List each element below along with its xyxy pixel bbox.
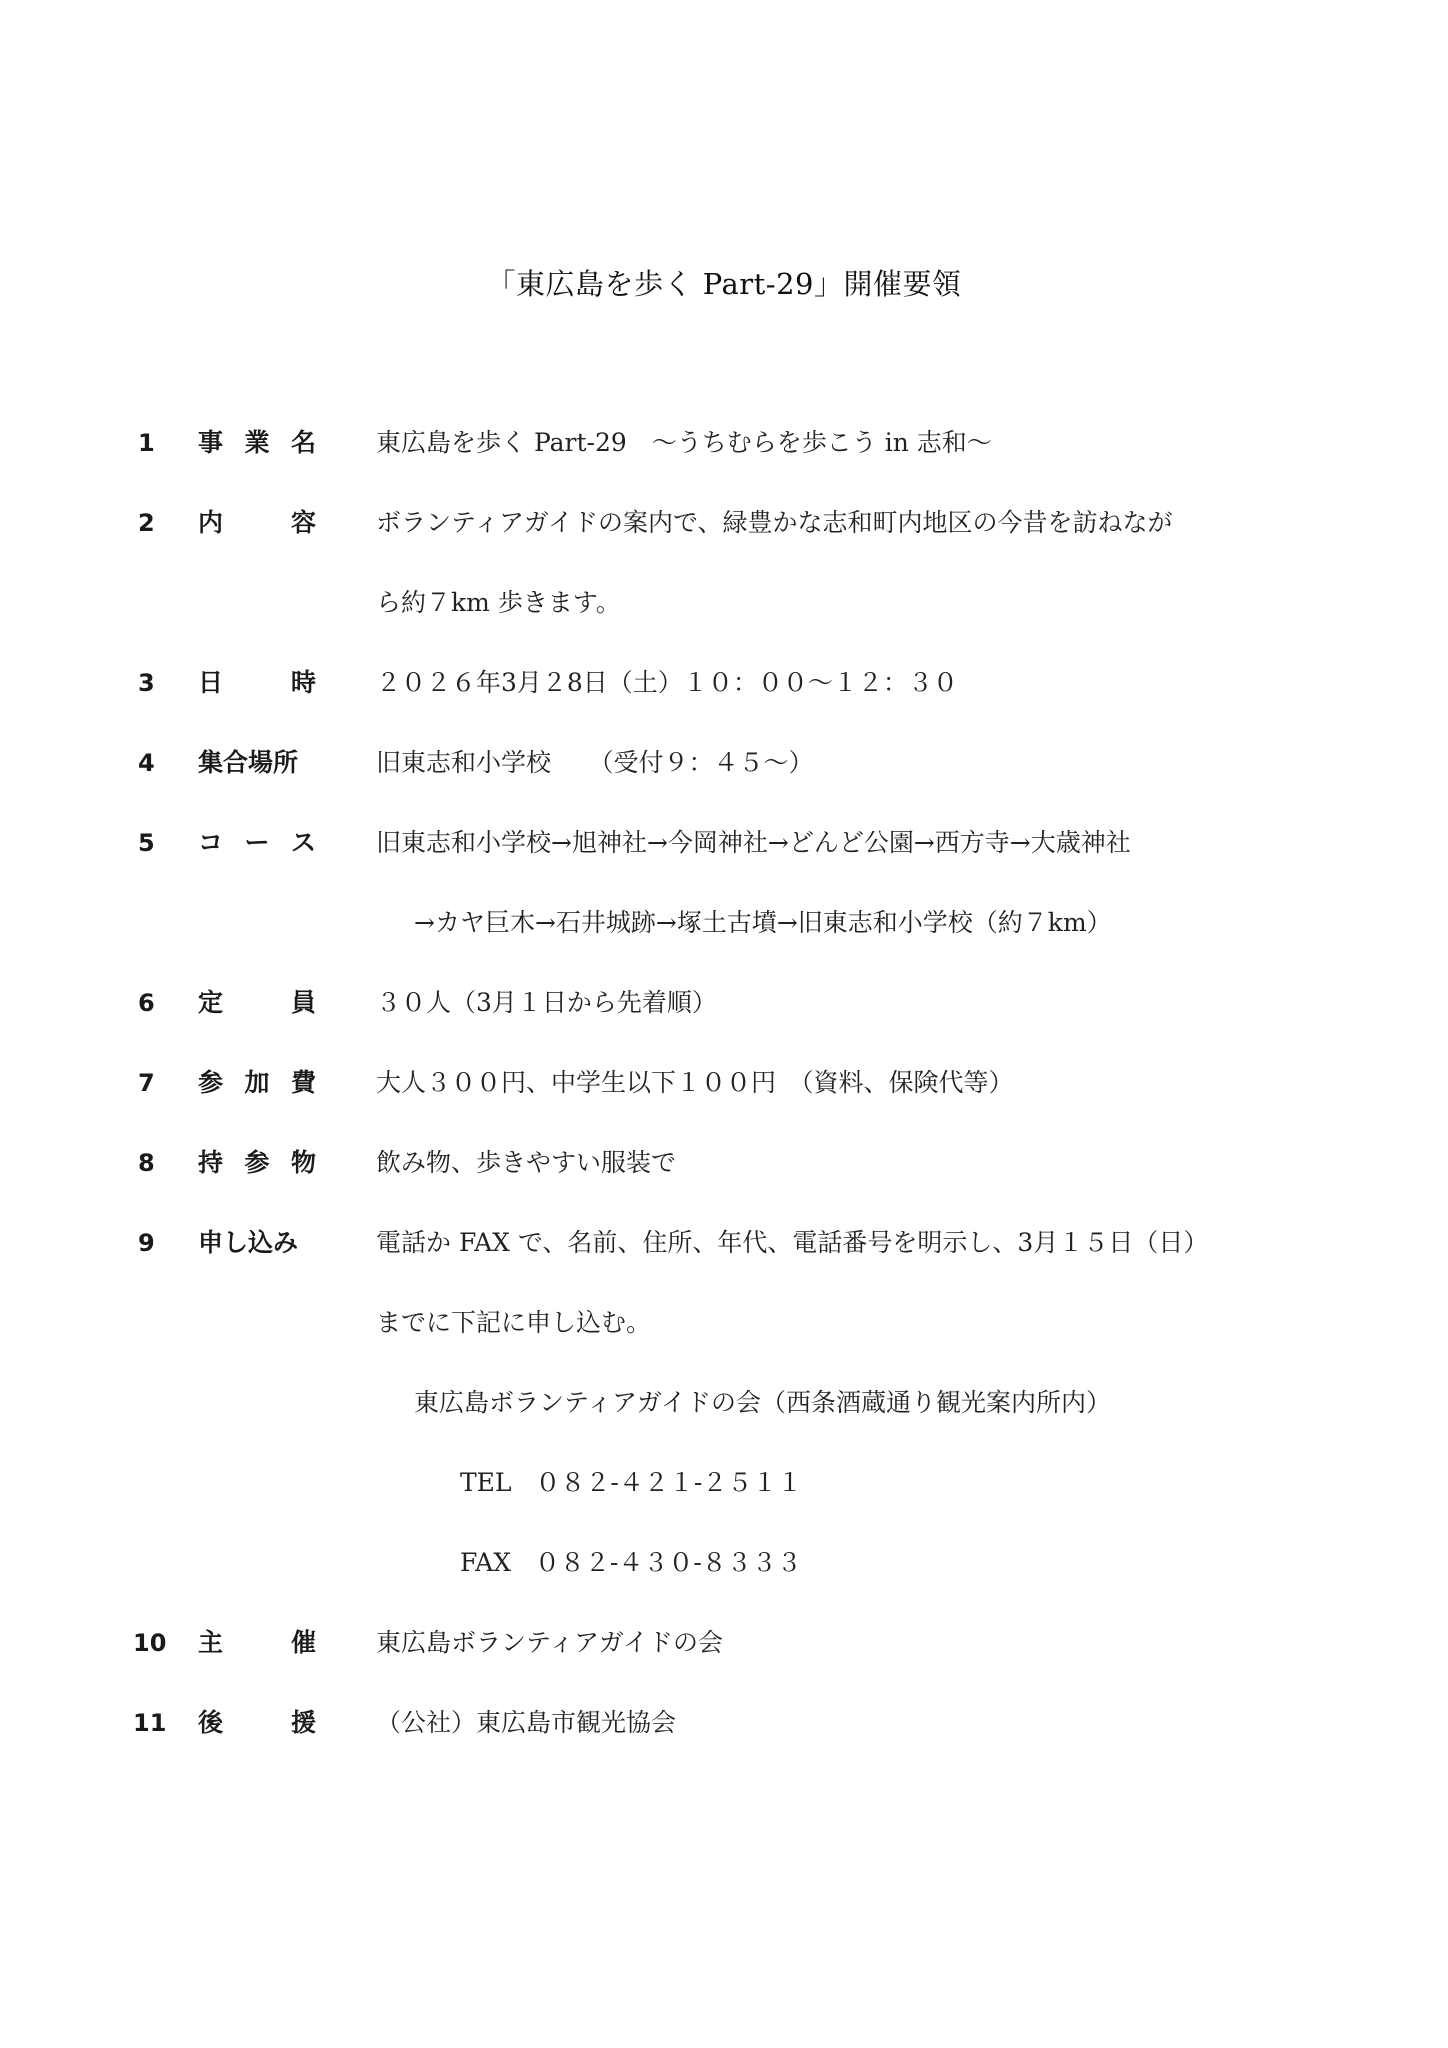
label-char: 催 [291,1623,316,1663]
label-char: コ [198,823,223,863]
fax-label: FAX [460,1548,511,1577]
item-number: 5 [138,823,178,863]
item-5-continued: →カヤ巨木→石井城跡→塚土古墳→旧東志和小学校（約７km） [0,903,1448,943]
tel-line: TEL ０８２-４２１-２５１１ [460,1463,802,1503]
item-number: 9 [138,1223,178,1263]
label-char: 時 [291,663,316,703]
contact-fax: FAX ０８２-４３０-８３３３ [0,1543,1448,1583]
item-2: 2 内 容 ボランティアガイドの案内で、緑豊かな志和町内地区の今昔を訪ねなが [0,503,1448,543]
label-char: 業 [244,423,269,463]
item-number: 11 [133,1703,173,1743]
organization-name: 東広島ボランティアガイドの会（西条酒蔵通り観光案内所内） [414,1383,1111,1423]
item-7: 7 参 加 費 大人３００円、中学生以下１００円 （資料、保険代等） [0,1063,1448,1103]
tel-label: TEL [460,1468,512,1497]
item-content: 電話か FAX で、名前、住所、年代、電話番号を明示し、3月１５日（日） [376,1223,1208,1263]
label-char: 事 [198,423,223,463]
label-char: 定 [198,983,223,1023]
label-char: 物 [291,1143,316,1183]
item-number: 8 [138,1143,178,1183]
label-char: 費 [291,1063,316,1103]
item-label: 内 容 [198,503,316,543]
item-label: 申し込み [198,1223,316,1263]
label-char: ス [291,823,316,863]
item-content: 旧東志和小学校→旭神社→今岡神社→どんど公園→西方寺→大歳神社 [376,823,1131,863]
item-content: 東広島ボランティアガイドの会 [376,1623,723,1663]
item-label: 事 業 名 [198,423,316,463]
item-1: 1 事 業 名 東広島を歩く Part-29 ～うちむらを歩こう in 志和～ [0,423,1448,463]
fax-number: ０８２-４３０-８３３３ [535,1548,802,1577]
label-char: 持 [198,1143,223,1183]
item-9: 9 申し込み 電話か FAX で、名前、住所、年代、電話番号を明示し、3月１５日… [0,1223,1448,1263]
item-label: 日 時 [198,663,316,703]
item-6: 6 定 員 ３０人（3月１日から先着順） [0,983,1448,1023]
item-content: までに下記に申し込む。 [376,1303,651,1343]
label-char: 援 [291,1703,316,1743]
label-char: 日 [198,663,223,703]
label-char: 集合場所 [198,743,298,783]
label-char: 容 [291,503,316,543]
fax-line: FAX ０８２-４３０-８３３３ [460,1543,802,1583]
label-char: 名 [291,423,316,463]
item-content: ３０人（3月１日から先着順） [376,983,717,1023]
contact-tel: TEL ０８２-４２１-２５１１ [0,1463,1448,1503]
item-8: 8 持 参 物 飲み物、歩きやすい服装で [0,1143,1448,1183]
tel-number: ０８２-４２１-２５１１ [535,1468,802,1497]
item-label: 後 援 [198,1703,316,1743]
item-number: 4 [138,743,178,783]
item-content: 大人３００円、中学生以下１００円 （資料、保険代等） [376,1063,1014,1103]
item-label: 集合場所 [198,743,316,783]
item-label: 主 催 [198,1623,316,1663]
item-content: ボランティアガイドの案内で、緑豊かな志和町内地区の今昔を訪ねなが [376,503,1173,543]
item-11: 11 後 援 （公社）東広島市観光協会 [0,1703,1448,1743]
item-number: 7 [138,1063,178,1103]
item-content: →カヤ巨木→石井城跡→塚土古墳→旧東志和小学校（約７km） [414,903,1112,943]
page-title: 「東広島を歩く Part-29」開催要領 [0,262,1448,303]
label-char: 申し込み [198,1223,298,1263]
label-char: 主 [198,1623,223,1663]
label-char: 後 [198,1703,223,1743]
contact-organization: 東広島ボランティアガイドの会（西条酒蔵通り観光案内所内） [0,1383,1448,1423]
label-char: 参 [244,1143,269,1183]
item-2-continued: ら約７km 歩きます。 [0,583,1448,623]
item-content: （公社）東広島市観光協会 [376,1703,676,1743]
item-content: 飲み物、歩きやすい服装で [376,1143,676,1183]
item-label: コ ー ス [198,823,316,863]
item-5: 5 コ ー ス 旧東志和小学校→旭神社→今岡神社→どんど公園→西方寺→大歳神社 [0,823,1448,863]
label-char: 参 [198,1063,223,1103]
item-3: 3 日 時 ２０２６年3月２8日（土）１０：００～１２：３０ [0,663,1448,703]
item-label: 定 員 [198,983,316,1023]
item-content: ら約７km 歩きます。 [376,583,621,623]
item-label: 持 参 物 [198,1143,316,1183]
item-number: 2 [138,503,178,543]
item-content: 旧東志和小学校 （受付９：４５～） [376,743,814,783]
item-number: 1 [138,423,178,463]
label-char: 員 [291,983,316,1023]
item-9-continued: までに下記に申し込む。 [0,1303,1448,1343]
item-10: 10 主 催 東広島ボランティアガイドの会 [0,1623,1448,1663]
item-number: 3 [138,663,178,703]
item-number: 6 [138,983,178,1023]
item-4: 4 集合場所 旧東志和小学校 （受付９：４５～） [0,743,1448,783]
item-content: ２０２６年3月２8日（土）１０：００～１２：３０ [376,663,958,703]
label-char: 加 [244,1063,269,1103]
item-number: 10 [133,1623,173,1663]
item-label: 参 加 費 [198,1063,316,1103]
label-char: 内 [198,503,223,543]
label-char: ー [244,823,269,863]
item-content: 東広島を歩く Part-29 ～うちむらを歩こう in 志和～ [376,423,992,463]
